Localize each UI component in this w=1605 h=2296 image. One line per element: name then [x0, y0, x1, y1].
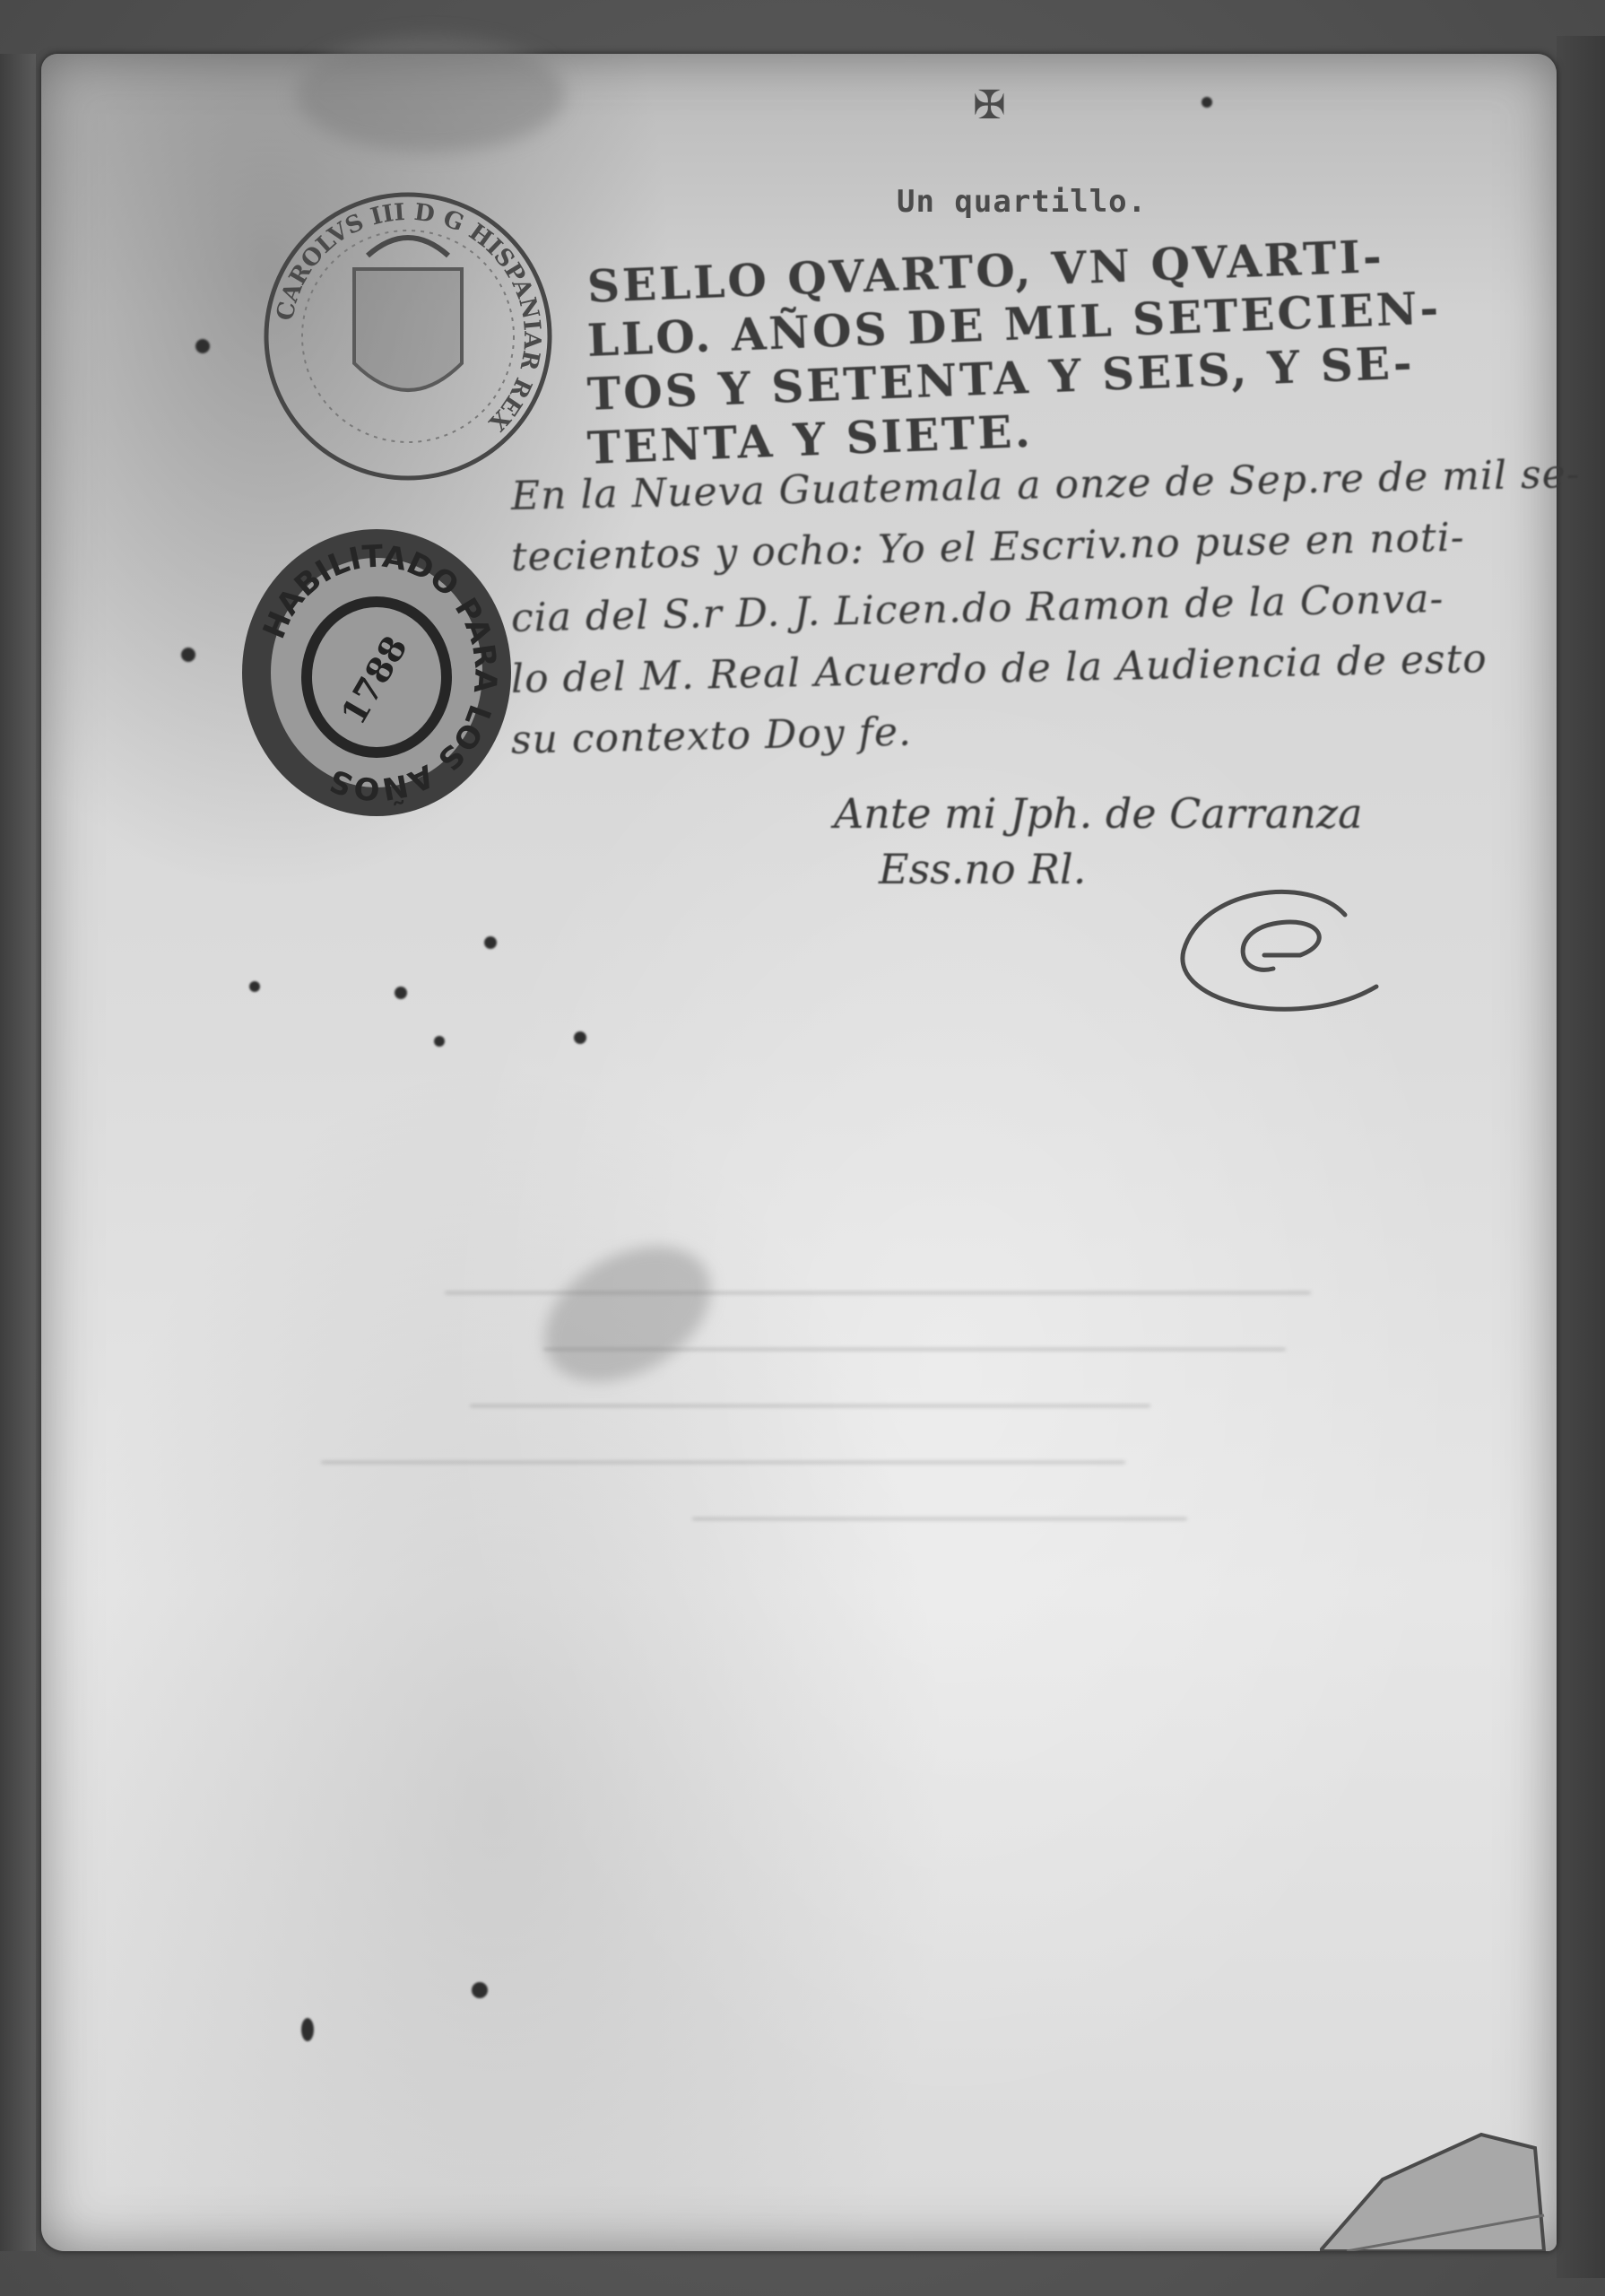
binding-hole [395, 987, 407, 999]
binding-hole [195, 339, 210, 353]
binding-hole [472, 1982, 488, 1998]
notary-signature: Ante mi Jph. de Carranza Ess.no Rl. [834, 789, 1363, 893]
binding-hole [181, 648, 195, 662]
folded-corner [1320, 2117, 1553, 2251]
stamp-denomination: Un quartillo. [897, 184, 1147, 220]
binding-hole [574, 1031, 586, 1044]
printed-stamp-header: SELLO QVARTO, VN QVARTI- LLO. AÑOS DE MI… [587, 260, 1502, 475]
binding-edge-left [0, 54, 36, 2251]
cross-mark-icon: ✠ [973, 83, 1006, 128]
rubric-flourish-icon [1166, 879, 1399, 1022]
stain-top [296, 36, 565, 152]
bleed-through-text [197, 1238, 1435, 1919]
handwritten-notation: En la Nueva Guatemala a onze de Sep.re d… [511, 466, 1542, 771]
binding-hole [249, 981, 260, 992]
binding-hole [484, 936, 497, 949]
binding-hole [1202, 97, 1212, 108]
binding-hole [301, 2018, 314, 2041]
binding-hole [434, 1036, 445, 1047]
signature-line-1: Ante mi Jph. de Carranza [834, 789, 1363, 838]
royal-seal-icon: CAROLVS III D G HISPANIAR REX [256, 184, 560, 489]
ink-seal-icon: HABILITADO PARA LOS AÑOS 1788 [224, 511, 529, 834]
binding-edge-right [1557, 36, 1605, 2278]
